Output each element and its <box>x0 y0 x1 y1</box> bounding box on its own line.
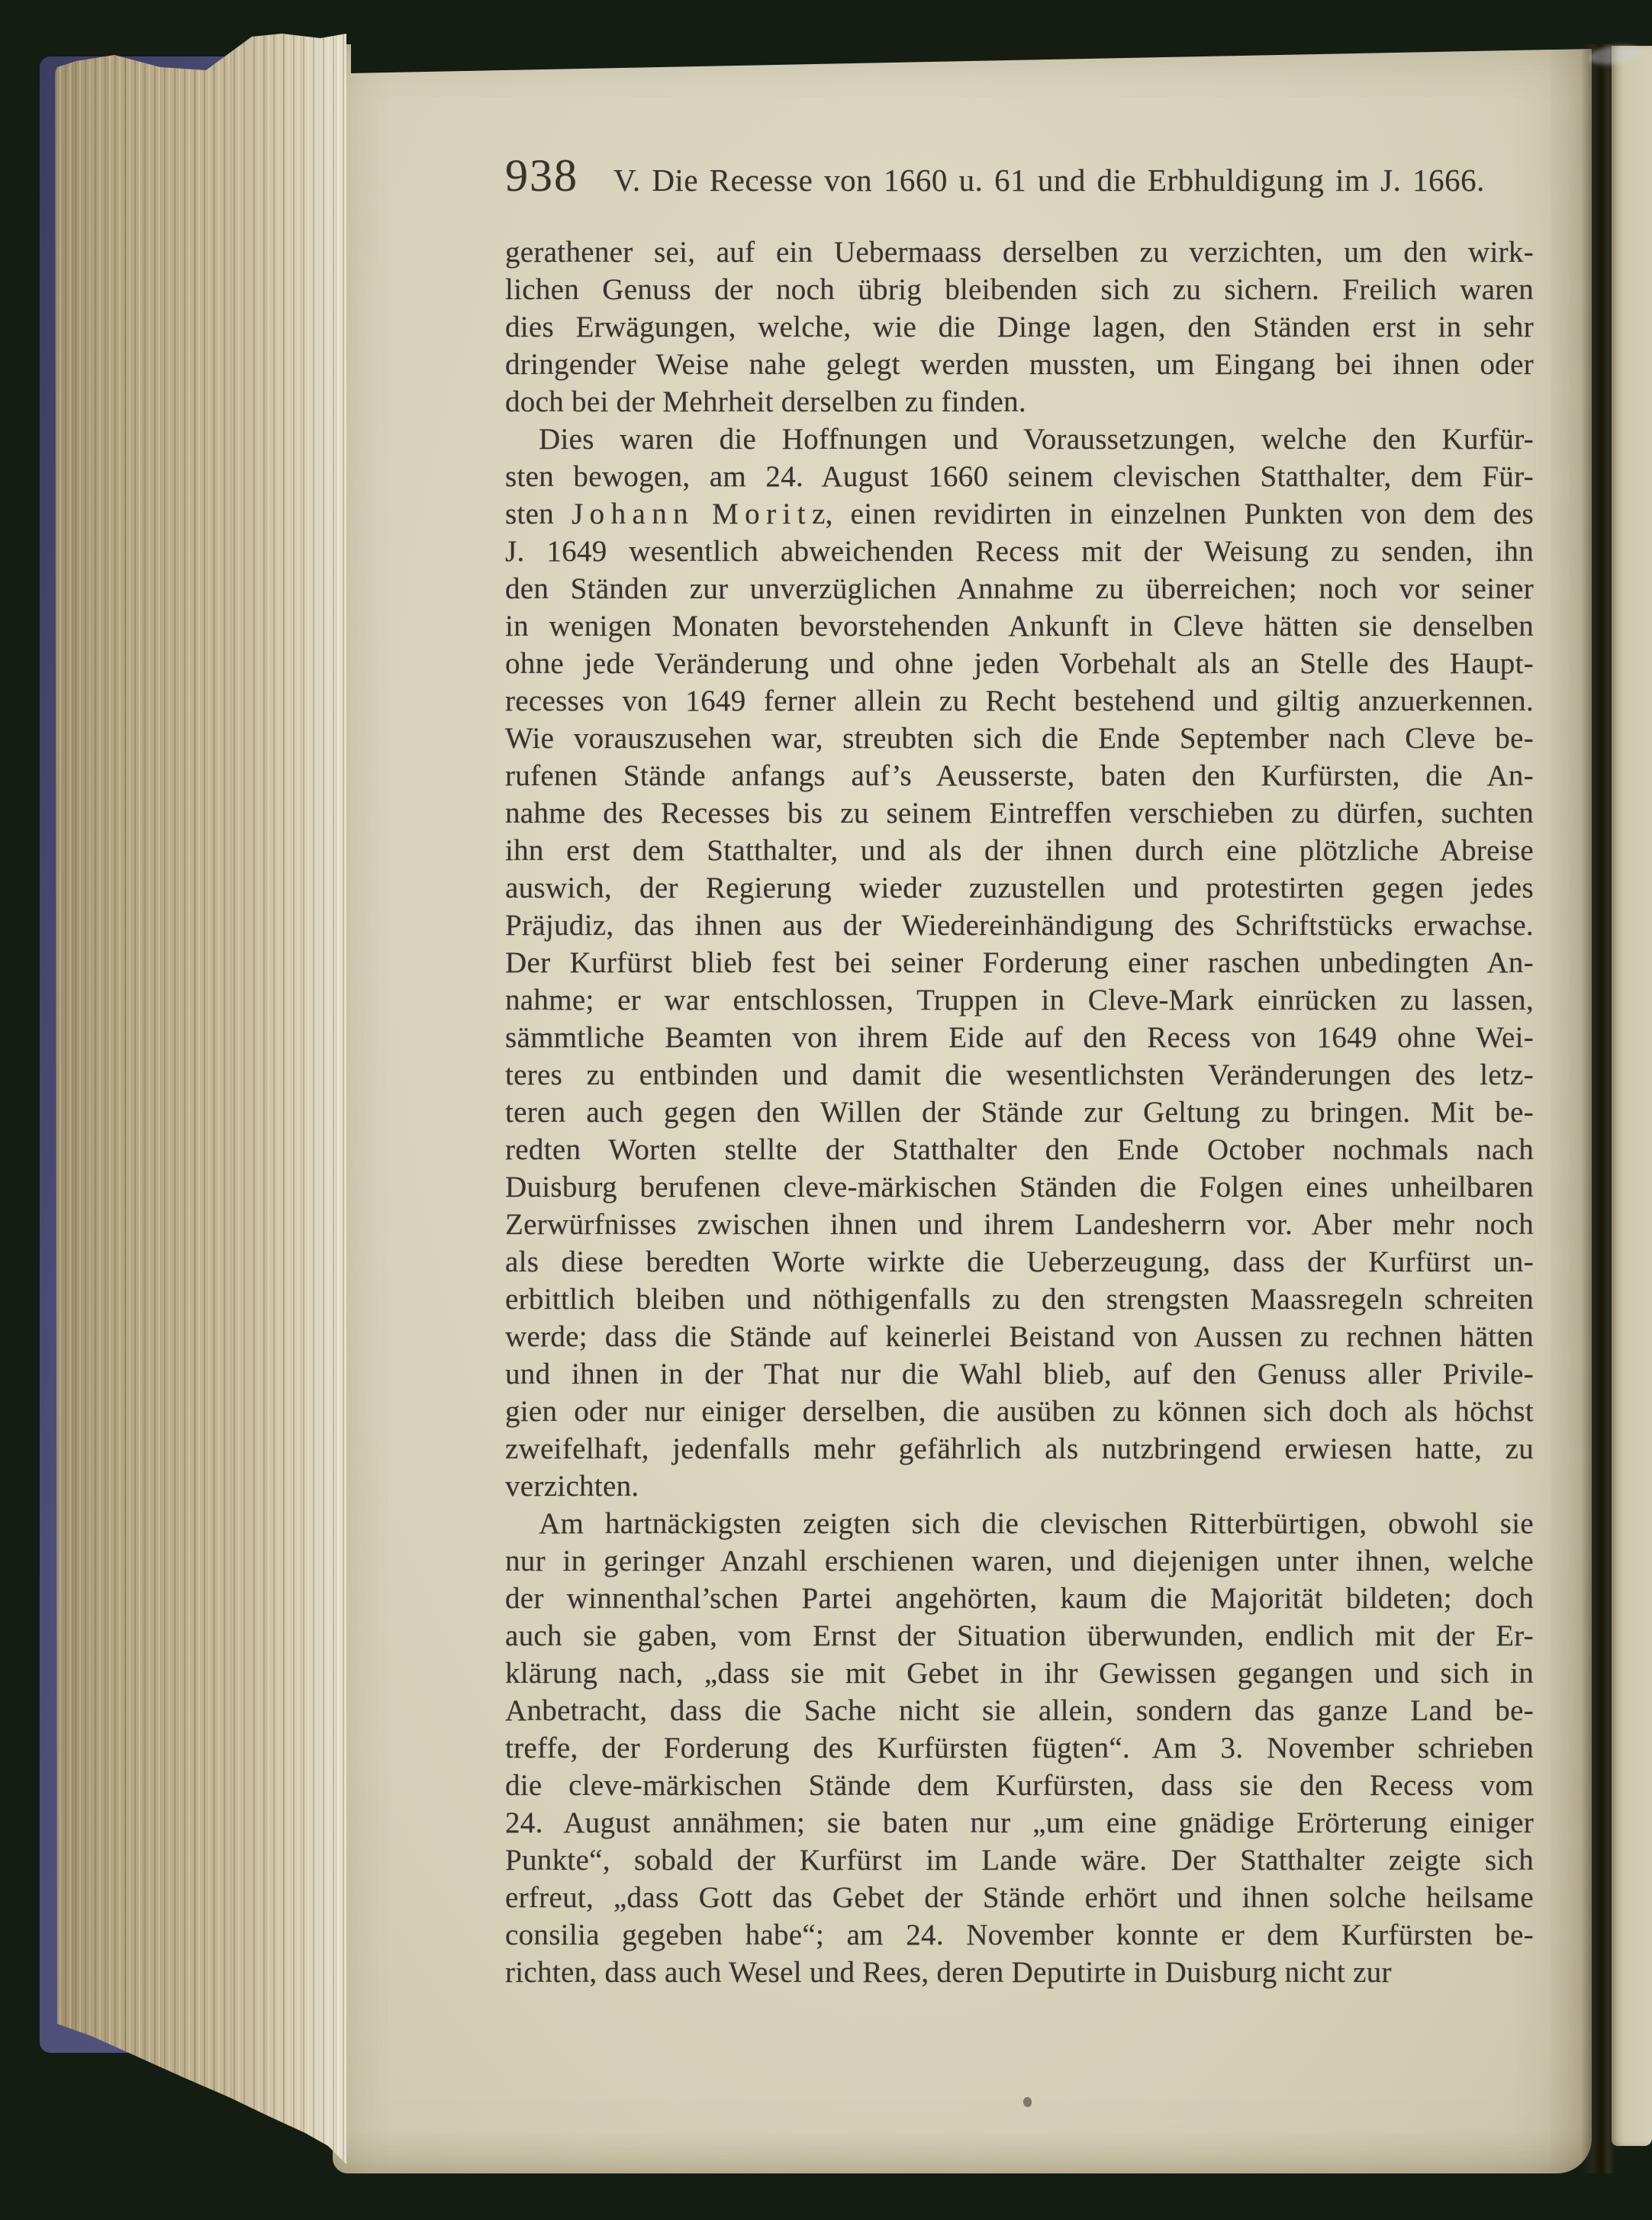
text-line: consilia gegeben habe“; am 24. November … <box>505 1916 1534 1954</box>
scanned-book-photo: { "document": { "page_number": "938", "r… <box>0 0 1652 2220</box>
text-line: sten bewogen, am 24. August 1660 seinem … <box>505 458 1534 495</box>
text-line: auch sie gaben, vom Ernst der Situation … <box>505 1617 1534 1655</box>
text-line: Der Kurfürst blieb fest bei seiner Forde… <box>505 944 1534 981</box>
text-line: Wie vorauszusehen war, streubten sich di… <box>505 720 1534 757</box>
text-line: erfreut, „dass Gott das Gebet der Stände… <box>505 1879 1534 1916</box>
text-line: gerathener sei, auf ein Uebermaass derse… <box>505 234 1534 271</box>
text-line: dringender Weise nahe gelegt werden muss… <box>505 346 1534 383</box>
text-line: werde; dass die Stände auf keinerlei Bei… <box>505 1318 1534 1355</box>
text-line: doch bei der Mehrheit derselben zu finde… <box>505 383 1534 420</box>
text-line: rufenen Stände anfangs auf’s Aeusserste,… <box>505 757 1534 794</box>
text-line: Am hartnäckigsten zeigten sich die clevi… <box>505 1505 1534 1542</box>
text-line: recesses von 1649 ferner allein zu Recht… <box>505 682 1534 720</box>
text-line: klärung nach, „dass sie mit Gebet in ihr… <box>505 1655 1534 1692</box>
text-line: Zerwürfnisses zwischen ihnen und ihrem L… <box>505 1206 1534 1243</box>
text-line: die cleve-märkischen Stände dem Kurfürst… <box>505 1767 1534 1804</box>
text-line: sämmtliche Beamten von ihrem Eide auf de… <box>505 1019 1534 1056</box>
paragraph: gerathener sei, auf ein Uebermaass derse… <box>505 234 1534 420</box>
page-fore-edge-stack <box>55 29 346 2164</box>
page-header: 938 V. Die Recesse von 1660 u. 61 und di… <box>505 153 1534 198</box>
text-line: Präjudiz, das ihnen aus der Wiedereinhän… <box>505 907 1534 944</box>
running-header: V. Die Recesse von 1660 u. 61 und die Er… <box>613 165 1485 196</box>
text-line: in wenigen Monaten bevorstehenden Ankunf… <box>505 607 1534 645</box>
text-line: Dies waren die Hoffnungen und Voraussetz… <box>505 420 1534 458</box>
text-line: dies Erwägungen, welche, wie die Dinge l… <box>505 308 1534 346</box>
text-line: Punkte“, sobald der Kurfürst im Lande wä… <box>505 1841 1534 1879</box>
facing-page-edge <box>1612 46 1652 2146</box>
text-line: J. 1649 wesentlich abweichenden Recess m… <box>505 533 1534 570</box>
text-line: lichen Genuss der noch übrig bleibenden … <box>505 271 1534 308</box>
text-line: der winnenthal’schen Partei angehörten, … <box>505 1580 1534 1617</box>
text-line: nahme des Recesses bis zu seinem Eintref… <box>505 794 1534 832</box>
text-line: nur in geringer Anzahl erschienen waren,… <box>505 1542 1534 1580</box>
text-line: sten J o h a n n M o r i t z, einen revi… <box>505 495 1534 533</box>
paragraph: Dies waren die Hoffnungen und Voraussetz… <box>505 420 1534 1505</box>
text-line: Duisburg berufenen cleve-märkischen Stän… <box>505 1168 1534 1206</box>
body-text: gerathener sei, auf ein Uebermaass derse… <box>505 234 1534 1991</box>
page-gutter-shadow <box>1581 44 1615 2173</box>
text-line: nahme; er war entschlossen, Truppen in C… <box>505 981 1534 1019</box>
text-line: und ihnen in der That nur die Wahl blieb… <box>505 1355 1534 1393</box>
page-number: 938 <box>505 153 578 198</box>
text-line: verzichten. <box>505 1468 1534 1505</box>
text-line: den Ständen zur unverzüglichen Annahme z… <box>505 570 1534 607</box>
text-line: teres zu entbinden und damit die wesentl… <box>505 1056 1534 1094</box>
text-line: 24. August annähmen; sie baten nur „um e… <box>505 1804 1534 1841</box>
text-line: redten Worten stellte der Statthalter de… <box>505 1131 1534 1168</box>
text-line: treffe, der Forderung des Kurfürsten füg… <box>505 1729 1534 1767</box>
text-line: gien oder nur einiger derselben, die aus… <box>505 1393 1534 1430</box>
text-line: ohne jede Veränderung und ohne jeden Vor… <box>505 645 1534 682</box>
text-line: zweifelhaft, jedenfalls mehr gefährlich … <box>505 1430 1534 1468</box>
text-line: richten, dass auch Wesel und Rees, deren… <box>505 1954 1534 1991</box>
text-line: als diese beredten Worte wirkte die Uebe… <box>505 1243 1534 1281</box>
ink-speck <box>1023 2097 1032 2107</box>
text-line: Anbetracht, dass die Sache nicht sie all… <box>505 1692 1534 1729</box>
text-line: auswich, der Regierung wieder zuzustelle… <box>505 869 1534 907</box>
text-line: erbittlich bleiben und nöthigenfalls zu … <box>505 1281 1534 1318</box>
paragraph: Am hartnäckigsten zeigten sich die clevi… <box>505 1505 1534 1991</box>
text-line: teren auch gegen den Willen der Stände z… <box>505 1094 1534 1131</box>
text-line: ihn erst dem Statthalter, und als der ih… <box>505 832 1534 869</box>
